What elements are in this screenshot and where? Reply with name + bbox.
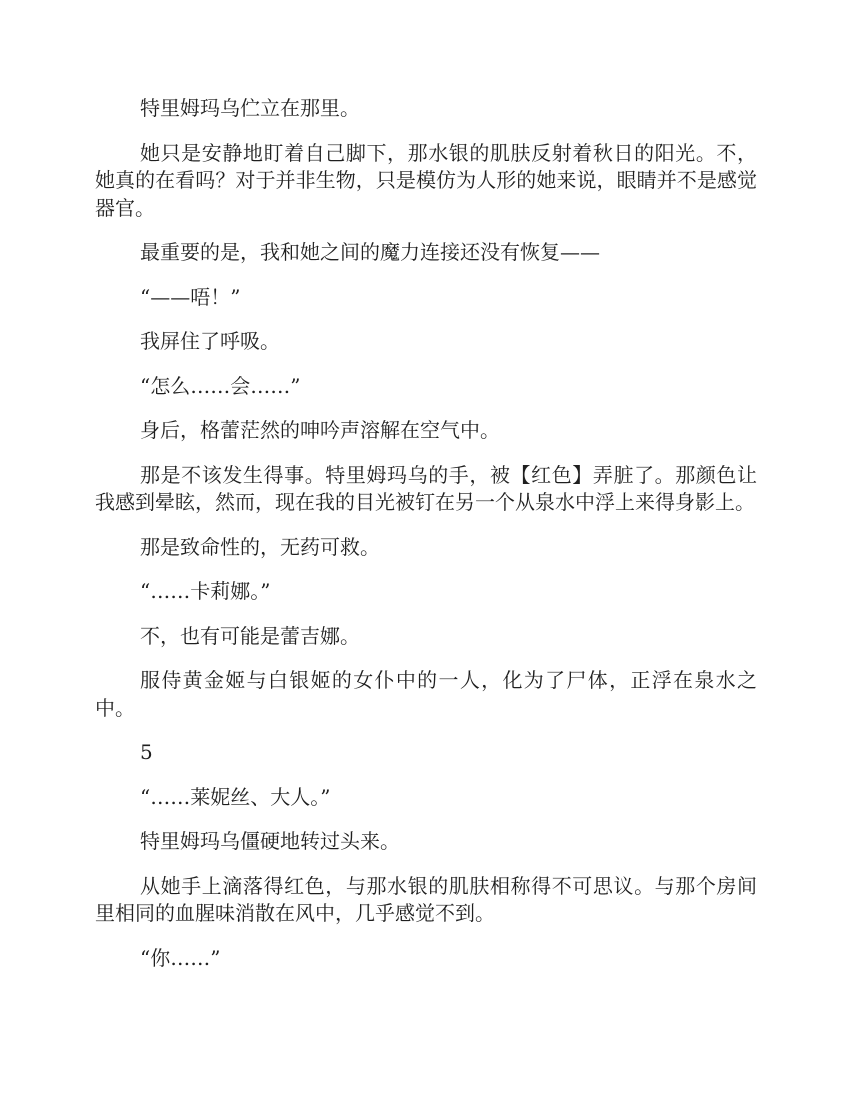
paragraph: 她只是安静地盯着自己脚下，那水银的肌肤反射着秋日的阳光。不，她真的在看吗？对于并… xyxy=(95,140,757,223)
paragraph: “怎么……会……” xyxy=(95,373,757,401)
paragraph: “你……” xyxy=(95,945,757,973)
paragraph: 从她手上滴落得红色，与那水银的肌肤相称得不可思议。与那个房间里相同的血腥味消散在… xyxy=(95,873,757,928)
paragraph: 那是致命性的，无药可救。 xyxy=(95,534,757,562)
paragraph: 我屏住了呼吸。 xyxy=(95,328,757,356)
paragraph: 特里姆玛乌伫立在那里。 xyxy=(95,95,757,123)
paragraph: 最重要的是，我和她之间的魔力连接还没有恢复—— xyxy=(95,239,757,267)
document-page: 特里姆玛乌伫立在那里。她只是安静地盯着自己脚下，那水银的肌肤反射着秋日的阳光。不… xyxy=(0,0,850,1100)
paragraph: 那是不该发生得事。特里姆玛乌的手，被【红色】弄脏了。那颜色让我感到晕眩，然而，现… xyxy=(95,462,757,517)
paragraph: “……卡莉娜。” xyxy=(95,578,757,606)
paragraph: “……莱妮丝、大人。” xyxy=(95,784,757,812)
paragraph: 身后，格蕾茫然的呻吟声溶解在空气中。 xyxy=(95,417,757,445)
paragraph: 特里姆玛乌僵硬地转过头来。 xyxy=(95,828,757,856)
paragraph: 服侍黄金姬与白银姬的女仆中的一人，化为了尸体，正浮在泉水之中。 xyxy=(95,667,757,722)
paragraph: 不，也有可能是蕾吉娜。 xyxy=(95,623,757,651)
document-content: 特里姆玛乌伫立在那里。她只是安静地盯着自己脚下，那水银的肌肤反射着秋日的阳光。不… xyxy=(0,0,850,989)
section-number: 5 xyxy=(95,739,757,767)
paragraph: “——唔！” xyxy=(95,284,757,312)
